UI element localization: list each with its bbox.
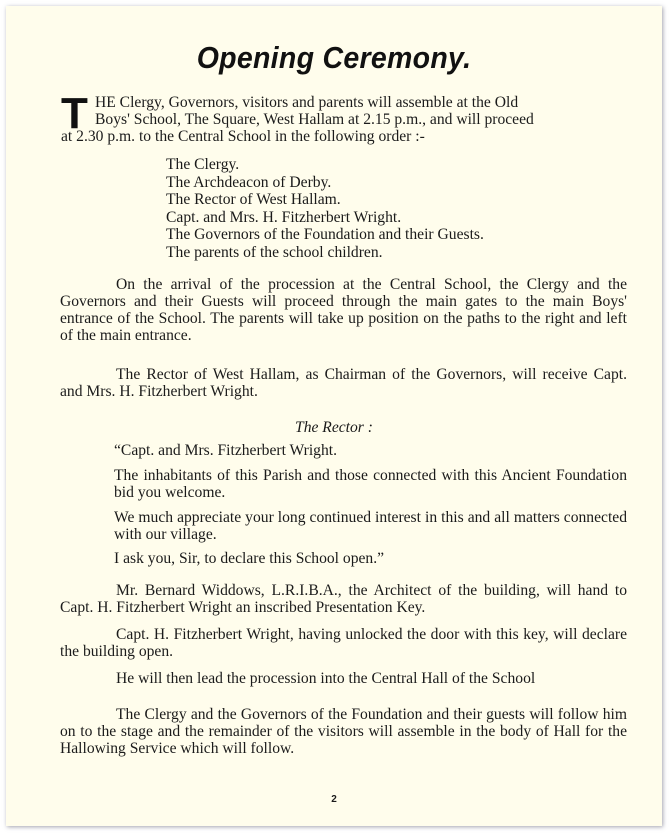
list-item: The parents of the school children. <box>166 244 484 262</box>
speech-line: I ask you, Sir, to declare this School o… <box>114 550 627 567</box>
rector-heading: The Rector : <box>6 419 662 437</box>
intro-paragraph: HE Clergy, Governors, visitors and paren… <box>61 94 625 145</box>
unlock-paragraph: Capt. H. Fitzherbert Wright, having unlo… <box>60 626 627 660</box>
intro-line: at 2.30 p.m. to the Central School in th… <box>61 128 625 145</box>
intro-line: HE Clergy, Governors, visitors and paren… <box>61 94 625 111</box>
page-number: 2 <box>6 794 662 805</box>
list-item: The Governors of the Foundation and thei… <box>166 226 484 244</box>
speech-line: “Capt. and Mrs. Fitzherbert Wright. <box>114 442 627 459</box>
list-item: Capt. and Mrs. H. Fitzherbert Wright. <box>166 209 484 227</box>
list-item: The Archdeacon of Derby. <box>166 174 484 192</box>
speech-line: We much appreciate your long continued i… <box>114 509 627 543</box>
architect-paragraph: Mr. Bernard Widdows, L.R.I.B.A., the Arc… <box>60 582 627 616</box>
list-item: The Clergy. <box>166 156 484 174</box>
document-page: Opening Ceremony. T HE Clergy, Governors… <box>6 6 662 826</box>
lead-paragraph: He will then lead the procession into th… <box>60 670 627 687</box>
rector-receive-paragraph: The Rector of West Hallam, as Chairman o… <box>60 366 627 400</box>
intro-line: Boys' School, The Square, West Hallam at… <box>61 111 625 128</box>
follow-paragraph: The Clergy and the Governors of the Foun… <box>60 706 627 757</box>
procession-order-list: The Clergy. The Archdeacon of Derby. The… <box>166 156 484 261</box>
list-item: The Rector of West Hallam. <box>166 191 484 209</box>
page-title: Opening Ceremony. <box>32 40 636 76</box>
speech-line: The inhabitants of this Parish and those… <box>114 467 627 501</box>
arrival-paragraph: On the arrival of the procession at the … <box>60 276 627 344</box>
